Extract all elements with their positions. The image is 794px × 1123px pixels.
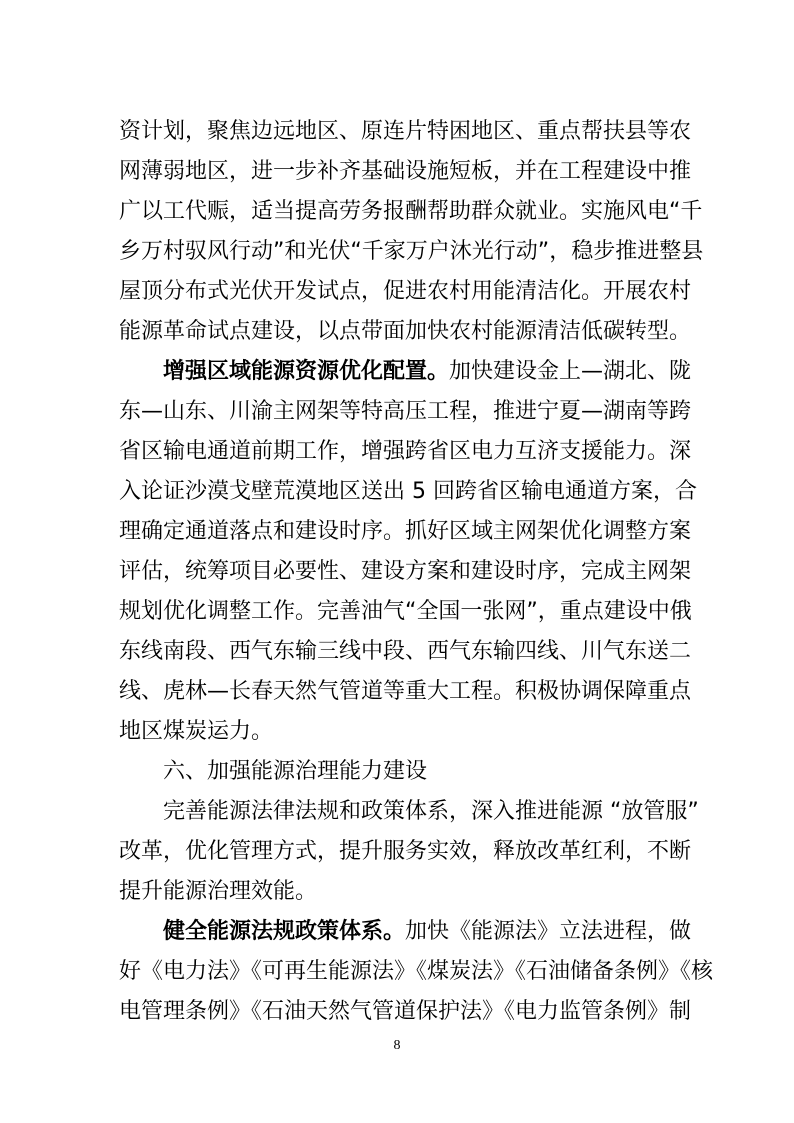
text-line: 屋顶分布式光伏开发试点，促进农村用能清洁化。开展农村 (119, 272, 675, 312)
text-line: 省区输电通道前期工作，增强跨省区电力互济支援能力。深 (119, 432, 675, 472)
paragraph-regional-allocation: 增强区域能源资源优化配置。加快建设金上—湖北、陇 东—山东、川渝主网架等特高压工… (119, 352, 675, 752)
text-line: 网薄弱地区，进一步补齐基础设施短板，并在工程建设中推 (119, 152, 675, 192)
text-line: 资计划，聚焦边远地区、原连片特困地区、重点帮扶县等农 (119, 112, 675, 152)
paragraph-rural-energy: 资计划，聚焦边远地区、原连片特困地区、重点帮扶县等农 网薄弱地区，进一步补齐基础… (119, 112, 675, 352)
paragraph-governance-intro: 完善能源法律法规和政策体系，深入推进能源 “放管服” 改革，优化管理方式，提升服… (119, 792, 675, 912)
text-run: 加快建设金上—湖北、陇 (449, 359, 691, 384)
text-line: 电管理条例》《石油天然气管道保护法》《电力监管条例》制 (119, 992, 675, 1032)
bold-lead-heading: 增强区域能源资源优化配置。 (163, 359, 449, 384)
text-line: 好《电力法》《可再生能源法》《煤炭法》《石油储备条例》《核 (119, 952, 675, 992)
text-line: 东—山东、川渝主网架等特高压工程，推进宁夏—湖南等跨 (119, 392, 675, 432)
text-line-first: 增强区域能源资源优化配置。加快建设金上—湖北、陇 (119, 352, 675, 392)
text-run: 加快《能源法》立法进程，做 (405, 919, 691, 944)
text-line: 广以工代赈，适当提高劳务报酬帮助群众就业。实施风电“千 (119, 192, 675, 232)
section-heading: 六、加强能源治理能力建设 (119, 752, 675, 792)
text-line: 线、虎林—长春天然气管道等重大工程。积极协调保障重点 (119, 672, 675, 712)
text-line: 能源革命试点建设，以点带面加快农村能源清洁低碳转型。 (119, 312, 675, 352)
bold-lead-heading: 健全能源法规政策体系。 (163, 919, 405, 944)
text-line: 改革，优化管理方式，提升服务实效，释放改革红利，不断 (119, 832, 675, 872)
text-line-first: 健全能源法规政策体系。加快《能源法》立法进程，做 (119, 912, 675, 952)
text-line-first: 完善能源法律法规和政策体系，深入推进能源 “放管服” (119, 792, 675, 832)
text-line-last: 地区煤炭运力。 (119, 712, 675, 752)
document-page-body: 资计划，聚焦边远地区、原连片特困地区、重点帮扶县等农 网薄弱地区，进一步补齐基础… (119, 112, 675, 1032)
text-line: 入论证沙漠戈壁荒漠地区送出 5 回跨省区输电通道方案，合 (119, 472, 675, 512)
text-line: 评估，统筹项目必要性、建设方案和建设时序，完成主网架 (119, 552, 675, 592)
text-line-last: 提升能源治理效能。 (119, 872, 675, 912)
page-number: 8 (0, 1038, 794, 1054)
text-line: 规划优化调整工作。完善油气“全国一张网”，重点建设中俄 (119, 592, 675, 632)
text-line: 理确定通道落点和建设时序。抓好区域主网架优化调整方案 (119, 512, 675, 552)
text-line: 东线南段、西气东输三线中段、西气东输四线、川气东送二 (119, 632, 675, 672)
text-line: 乡万村驭风行动”和光伏“千家万户沐光行动”，稳步推进整县 (119, 232, 675, 272)
paragraph-legal-system: 健全能源法规政策体系。加快《能源法》立法进程，做 好《电力法》《可再生能源法》《… (119, 912, 675, 1032)
